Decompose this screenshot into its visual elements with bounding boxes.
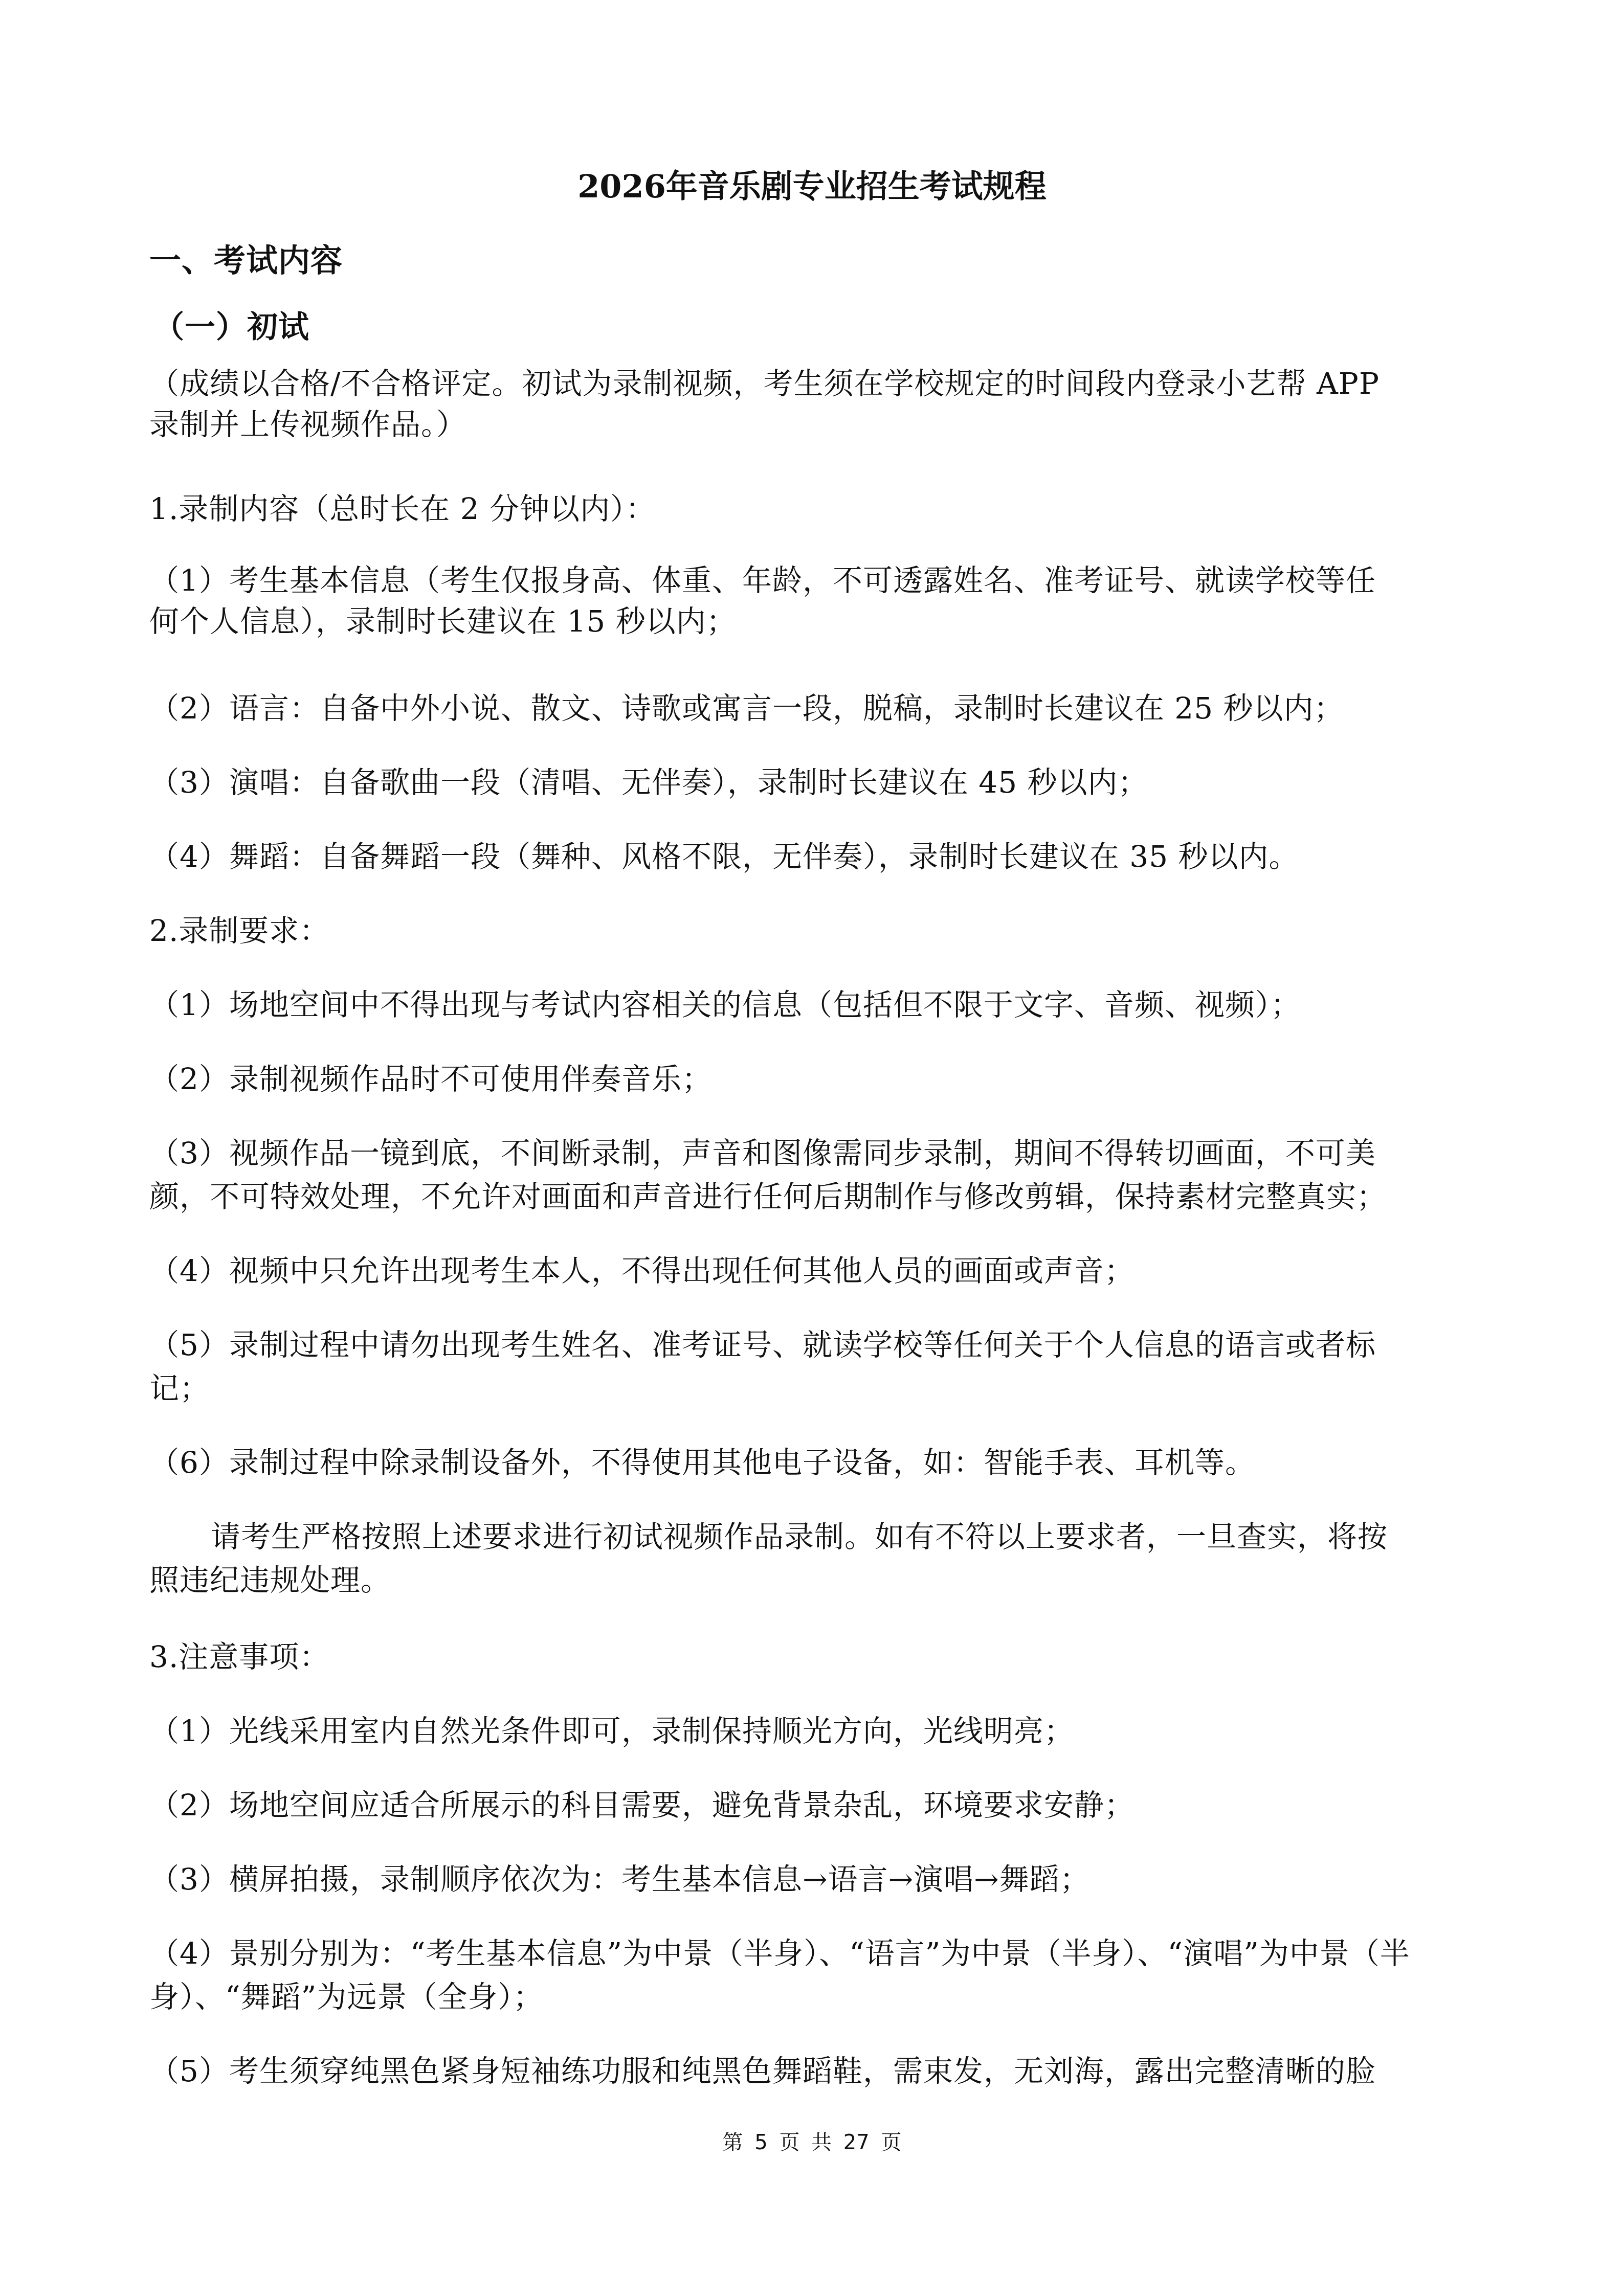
note-item: （4）景别分别为：“考生基本信息”为中景（半身）、“语言”为中景（半身）、“演唱… bbox=[149, 1933, 1410, 1974]
content-item: （2）语言：自备中外小说、散文、诗歌或寓言一段，脱稿，录制时长建议在 25 秒以… bbox=[149, 688, 1344, 729]
recording-requirements-heading: 2.录制要求： bbox=[149, 910, 329, 951]
warning-paragraph: 请考生严格按照上述要求进行初试视频作品录制。如有不符以上要求者，一旦查实，将按 bbox=[211, 1516, 1388, 1557]
section-heading-exam-content: 一、考试内容 bbox=[149, 240, 343, 281]
document-title: 2026年音乐剧专业招生考试规程 bbox=[0, 164, 1624, 210]
intro-line: （成绩以合格/不合格评定。初试为录制视频，考生须在学校规定的时间段内登录小艺帮 … bbox=[149, 363, 1380, 404]
content-item: 何个人信息），录制时长建议在 15 秒以内； bbox=[149, 601, 737, 642]
requirement-item: （5）录制过程中请勿出现考生姓名、准考证号、就读学校等任何关于个人信息的语言或者… bbox=[149, 1324, 1376, 1365]
notes-heading: 3.注意事项： bbox=[149, 1636, 329, 1677]
requirement-item: （6）录制过程中除录制设备外，不得使用其他电子设备，如：智能手表、耳机等。 bbox=[149, 1442, 1255, 1483]
note-item: （1）光线采用室内自然光条件即可，录制保持顺光方向，光线明亮； bbox=[149, 1710, 1074, 1751]
warning-paragraph: 照违纪违规处理。 bbox=[149, 1560, 391, 1601]
subsection-heading-preliminary: （一）初试 bbox=[153, 307, 309, 348]
requirement-item: （1）场地空间中不得出现与考试内容相关的信息（包括但不限于文字、音频、视频）； bbox=[149, 984, 1301, 1025]
requirement-item: 颜，不可特效处理，不允许对画面和声音进行任何后期制作与修改剪辑，保持素材完整真实… bbox=[149, 1176, 1387, 1217]
note-item: （5）考生须穿纯黑色紧身短袖练功服和纯黑色舞蹈鞋，需束发，无刘海，露出完整清晰的… bbox=[149, 2051, 1376, 2091]
recording-content-heading: 1.录制内容（总时长在 2 分钟以内）： bbox=[149, 488, 656, 529]
content-item: （1）考生基本信息（考生仅报身高、体重、年龄，不可透露姓名、准考证号、就读学校等… bbox=[149, 560, 1376, 601]
page-number-footer: 第 5 页 共 27 页 bbox=[0, 2127, 1624, 2158]
intro-line: 录制并上传视频作品。） bbox=[149, 404, 466, 445]
requirement-item: 记； bbox=[149, 1368, 210, 1409]
requirement-item: （3）视频作品一镜到底，不间断录制，声音和图像需同步录制，期间不得转切画面，不可… bbox=[149, 1133, 1376, 1174]
note-item: （2）场地空间应适合所展示的科目需要，避免背景杂乱，环境要求安静； bbox=[149, 1785, 1134, 1826]
note-item: 身）、“舞蹈”为远景（全身）； bbox=[149, 1976, 543, 2017]
note-item: （3）横屏拍摄，录制顺序依次为：考生基本信息→语言→演唱→舞蹈； bbox=[149, 1859, 1090, 1900]
content-item: （3）演唱：自备歌曲一段（清唱、无伴奏），录制时长建议在 45 秒以内； bbox=[149, 762, 1148, 803]
content-item: （4）舞蹈：自备舞蹈一段（舞种、风格不限，无伴奏），录制时长建议在 35 秒以内… bbox=[149, 836, 1299, 877]
requirement-item: （2）录制视频作品时不可使用伴奏音乐； bbox=[149, 1059, 712, 1099]
requirement-item: （4）视频中只允许出现考生本人，不得出现任何其他人员的画面或声音； bbox=[149, 1250, 1134, 1291]
